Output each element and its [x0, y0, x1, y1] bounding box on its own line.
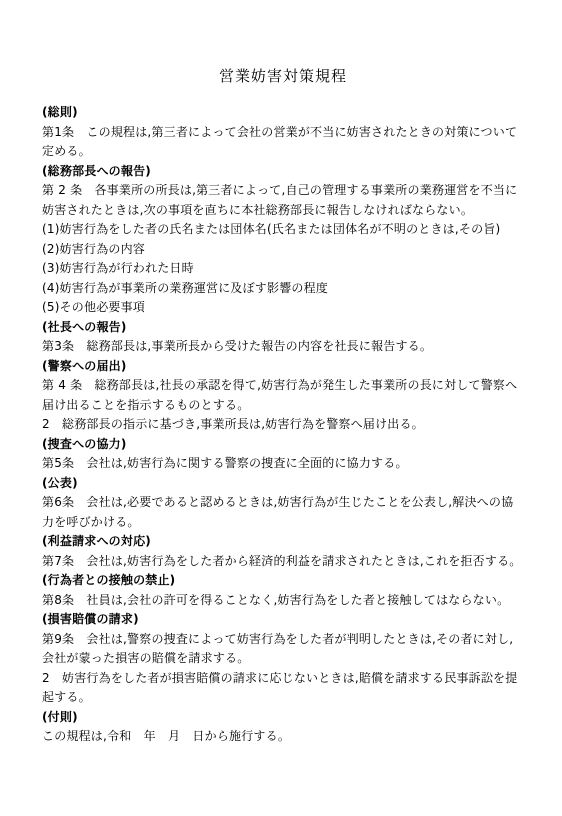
section-heading: (行為者との接触の禁止)	[42, 571, 524, 591]
section-heading: (捜査への協力)	[42, 435, 524, 455]
article-paragraph: (4)妨害行為が事業所の業務運営に及ぼす影響の程度	[42, 279, 524, 299]
article-paragraph: (2)妨害行為の内容	[42, 240, 524, 260]
section-heading: (付則)	[42, 708, 524, 728]
article-paragraph: 第 4 条 総務部長は,社長の承認を得て,妨害行為が発生した事業所の長に対して警…	[42, 376, 524, 415]
article-paragraph: (5)その他必要事項	[42, 298, 524, 318]
article-paragraph: 第1条 この規程は,第三者によって会社の営業が不当に妨害されたときの対策について…	[42, 123, 524, 162]
section-heading: (総則)	[42, 103, 524, 123]
document-page: 営業妨害対策規程 (総則)第1条 この規程は,第三者によって会社の営業が不当に妨…	[0, 0, 562, 816]
document-title: 営業妨害対策規程	[42, 66, 524, 86]
article-paragraph: 第8条 社員は,会社の許可を得ることなく,妨害行為をした者と接触してはならない。	[42, 591, 524, 611]
section-heading: (社長への報告)	[42, 318, 524, 338]
article-paragraph: この規程は,令和 年 月 日から施行する。	[42, 727, 524, 747]
section-heading: (利益請求への対応)	[42, 532, 524, 552]
article-paragraph: 第9条 会社は,警察の捜査によって妨害行為をした者が判明したときは,その者に対し…	[42, 630, 524, 669]
section-heading: (損害賠償の請求)	[42, 610, 524, 630]
article-paragraph: 第7条 会社は,妨害行為をした者から経済的利益を請求されたときは,これを拒否する…	[42, 552, 524, 572]
document-body: (総則)第1条 この規程は,第三者によって会社の営業が不当に妨害されたときの対策…	[42, 103, 524, 747]
article-paragraph: 第6条 会社は,必要であると認めるときは,妨害行為が生じたことを公表し,解決への…	[42, 493, 524, 532]
article-paragraph: (1)妨害行為をした者の氏名または団体名(氏名または団体名が不明のときは,その旨…	[42, 220, 524, 240]
article-paragraph: 第 2 条 各事業所の所長は,第三者によって,自己の管理する事業所の業務運営を不…	[42, 181, 524, 220]
article-paragraph: (3)妨害行為が行われた日時	[42, 259, 524, 279]
article-paragraph: 2 妨害行為をした者が損害賠償の請求に応じないときは,賠償を請求する民事訴訟を提…	[42, 669, 524, 708]
section-heading: (警察への届出)	[42, 357, 524, 377]
section-heading: (公表)	[42, 474, 524, 494]
article-paragraph: 第5条 会社は,妨害行為に関する警察の捜査に全面的に協力する。	[42, 454, 524, 474]
section-heading: (総務部長への報告)	[42, 162, 524, 182]
article-paragraph: 第3条 総務部長は,事業所長から受けた報告の内容を社長に報告する。	[42, 337, 524, 357]
article-paragraph: 2 総務部長の指示に基づき,事業所長は,妨害行為を警察へ届け出る。	[42, 415, 524, 435]
